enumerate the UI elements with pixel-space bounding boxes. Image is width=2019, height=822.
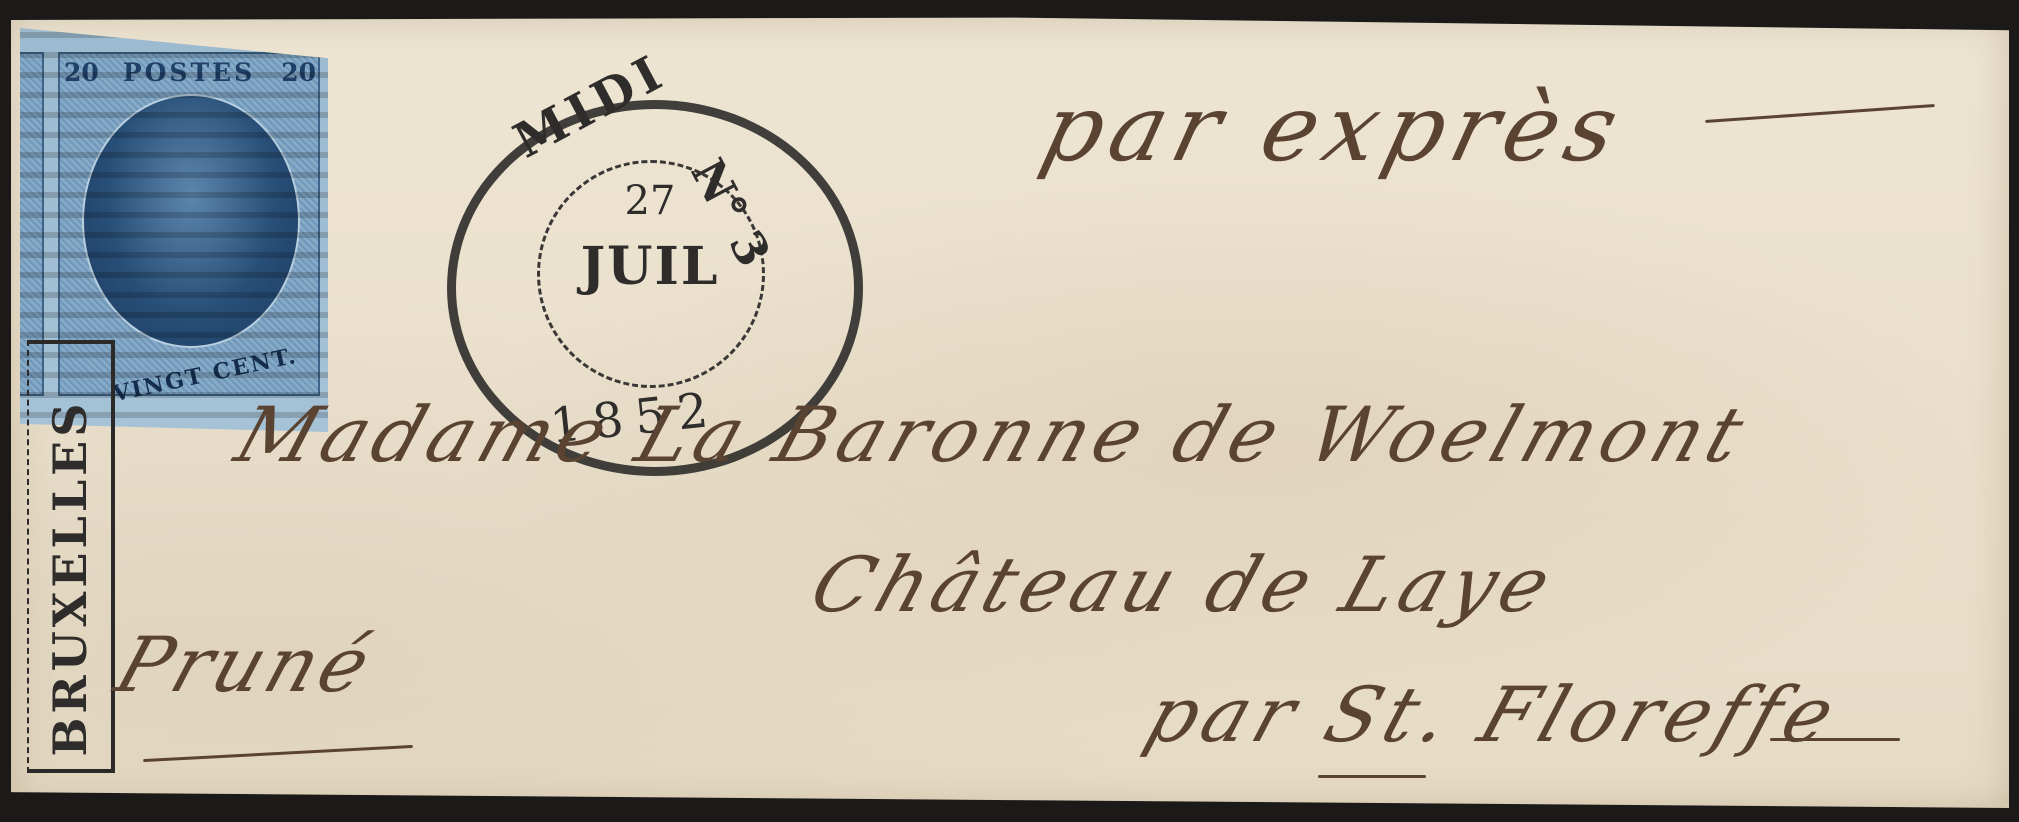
service-endorsement: par exprès bbox=[1032, 75, 1637, 182]
boxed-cancel: BRUXELLES bbox=[27, 340, 115, 773]
address-line-3: par St. Floreffe bbox=[1136, 670, 1852, 759]
address-line-1: Madame La Baronne de Woelmont bbox=[226, 390, 1761, 479]
boxed-cancel-text: BRUXELLES bbox=[43, 399, 97, 756]
address-flourish bbox=[1770, 738, 1900, 741]
sender-note: Pruné bbox=[106, 620, 385, 709]
date-stamp-day: 27 bbox=[600, 178, 700, 224]
date-stamp-month: JUIL bbox=[580, 236, 720, 297]
address-underline bbox=[1318, 775, 1426, 778]
address-line-2: Château de Laye bbox=[801, 540, 1568, 629]
